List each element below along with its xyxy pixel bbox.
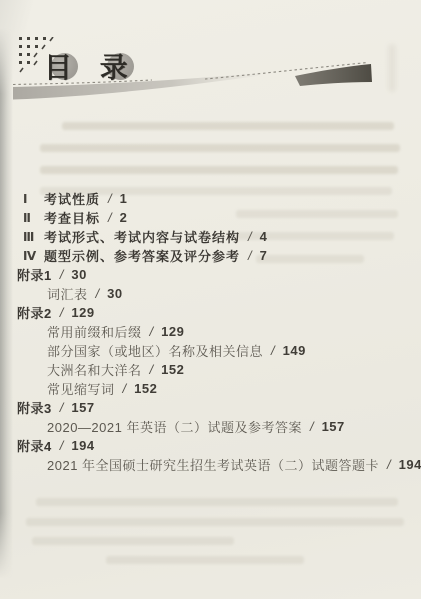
- toc-separator: /: [248, 248, 252, 263]
- toc-row: 大洲名和大洋名 / 152: [0, 360, 421, 379]
- toc-separator: /: [387, 457, 391, 472]
- toc-label: 考试形式、考试内容与试卷结构: [44, 227, 240, 246]
- toc-label: 附录1: [17, 265, 52, 284]
- page-bleedthrough-text: [36, 498, 398, 506]
- toc-separator: /: [108, 191, 112, 206]
- toc-separator: /: [96, 286, 100, 301]
- toc-row: Ⅰ 考试性质 / 1: [0, 189, 421, 208]
- toc-row: 附录4 / 194: [0, 436, 421, 455]
- toc-row: 附录3 / 157: [0, 398, 421, 417]
- toc-label: 常见缩写词: [47, 379, 115, 398]
- toc-label: 附录2: [17, 303, 52, 322]
- toc-page-number: 152: [161, 362, 184, 377]
- page-bleedthrough-text: [26, 518, 404, 526]
- toc-separator: /: [248, 229, 252, 244]
- toc-page-number: 149: [283, 343, 306, 358]
- page-title: 目 录: [43, 46, 129, 84]
- toc-page-number: 194: [71, 438, 94, 453]
- toc-numeral: Ⅳ: [23, 249, 44, 263]
- toc-separator: /: [150, 324, 154, 339]
- toc-row: 2021 年全国硕士研究生招生考试英语（二）试题答题卡 / 194: [0, 455, 421, 474]
- toc-page-number: 194: [399, 457, 421, 472]
- toc-row: Ⅳ 题型示例、参考答案及评分参考 / 7: [0, 246, 421, 265]
- toc-row: Ⅱ 考查目标 / 2: [0, 208, 421, 227]
- title-char-1: 目: [43, 46, 73, 80]
- toc-page-number: 30: [107, 286, 122, 301]
- toc-separator: /: [60, 438, 64, 453]
- page-bleedthrough-text: [62, 122, 394, 130]
- page-bleedthrough-text: [32, 537, 234, 545]
- toc-label: 考查目标: [44, 208, 100, 227]
- toc-row: 常用前缀和后缀 / 129: [0, 322, 421, 341]
- table-of-contents: Ⅰ 考试性质 / 1 Ⅱ 考查目标 / 2 Ⅲ 考试形式、考试内容与试卷结构 /…: [0, 189, 421, 474]
- toc-separator: /: [60, 267, 64, 282]
- page-bleedthrough-smudge: [388, 44, 396, 92]
- page-bleedthrough-text: [40, 166, 398, 174]
- toc-numeral: Ⅱ: [23, 211, 44, 225]
- toc-label: 词汇表: [47, 284, 88, 303]
- toc-label: 考试性质: [44, 189, 100, 208]
- toc-row: 部分国家（或地区）名称及相关信息 / 149: [0, 341, 421, 360]
- toc-page-number: 129: [71, 305, 94, 320]
- wedge-shape: [295, 64, 372, 86]
- toc-separator: /: [310, 419, 314, 434]
- toc-page-number: 7: [260, 248, 268, 263]
- toc-page-number: 4: [260, 229, 268, 244]
- toc-numeral: Ⅲ: [23, 230, 44, 244]
- toc-row: 附录2 / 129: [0, 303, 421, 322]
- toc-separator: /: [271, 343, 275, 358]
- toc-label: 附录4: [17, 436, 52, 455]
- toc-label: 题型示例、参考答案及评分参考: [44, 246, 240, 265]
- toc-row: 常见缩写词 / 152: [0, 379, 421, 398]
- toc-row: 词汇表 / 30: [0, 284, 421, 303]
- toc-separator: /: [150, 362, 154, 377]
- toc-page-number: 30: [71, 267, 86, 282]
- title-char-2: 录: [99, 46, 129, 80]
- toc-separator: /: [123, 381, 127, 396]
- toc-page-number: 129: [161, 324, 184, 339]
- book-page-photo: 目 录 Ⅰ 考试性质 / 1 Ⅱ 考查目标 / 2 Ⅲ: [0, 0, 421, 599]
- toc-row: 2020—2021 年英语（二）试题及参考答案 / 157: [0, 417, 421, 436]
- toc-label: 常用前缀和后缀: [47, 322, 142, 341]
- toc-page-number: 157: [71, 400, 94, 415]
- toc-page-number: 2: [120, 210, 128, 225]
- toc-label: 附录3: [17, 398, 52, 417]
- toc-page-number: 157: [322, 419, 345, 434]
- toc-page-number: 152: [134, 381, 157, 396]
- toc-row: 附录1 / 30: [0, 265, 421, 284]
- toc-separator: /: [60, 305, 64, 320]
- toc-label: 2021 年全国硕士研究生招生考试英语（二）试题答题卡: [47, 455, 379, 474]
- toc-separator: /: [60, 400, 64, 415]
- page-bleedthrough-text: [106, 556, 304, 564]
- toc-label: 部分国家（或地区）名称及相关信息: [47, 341, 263, 360]
- toc-separator: /: [108, 210, 112, 225]
- toc-page-number: 1: [120, 191, 128, 206]
- toc-label: 2020—2021 年英语（二）试题及参考答案: [47, 417, 302, 436]
- toc-numeral: Ⅰ: [23, 192, 44, 206]
- toc-row: Ⅲ 考试形式、考试内容与试卷结构 / 4: [0, 227, 421, 246]
- page-bleedthrough-text: [40, 144, 400, 152]
- toc-label: 大洲名和大洋名: [47, 360, 142, 379]
